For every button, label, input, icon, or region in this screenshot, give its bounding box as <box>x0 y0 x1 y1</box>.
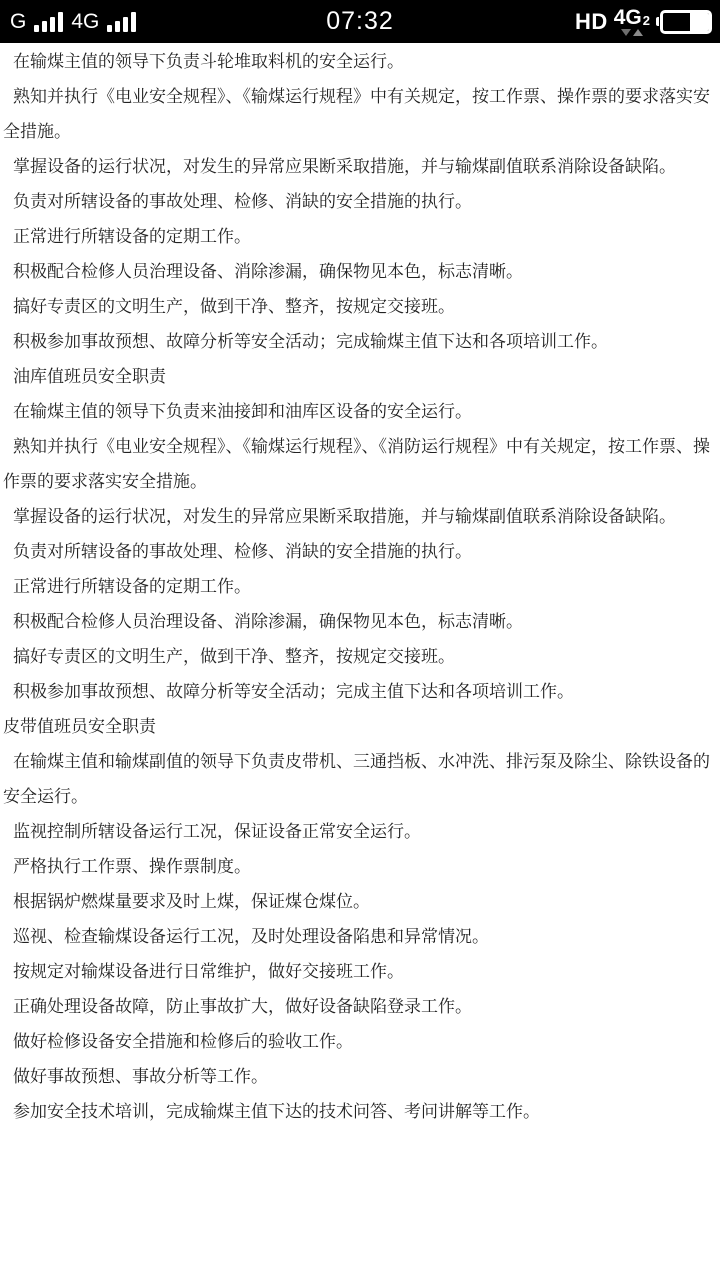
status-left-cluster: G 4G <box>0 10 136 34</box>
paragraph: 负责对所辖设备的事故处理、检修、消缺的安全措施的执行。 <box>3 534 718 569</box>
paragraph: 正确处理设备故障，防止事故扩大，做好设备缺陷登录工作。 <box>3 989 718 1024</box>
paragraph: 巡视、检查输煤设备运行工况，及时处理设备陷患和异常情况。 <box>3 919 718 954</box>
paragraph: 在输煤主值的领导下负责来油接卸和油库区设备的安全运行。 <box>3 394 718 429</box>
paragraph: 积极参加事故预想、故障分析等安全活动；完成输煤主值下达和各项培训工作。 <box>3 324 718 359</box>
upload-arrow-icon <box>633 29 643 36</box>
paragraph: 按规定对输煤设备进行日常维护，做好交接班工作。 <box>3 954 718 989</box>
battery-terminal <box>656 17 659 26</box>
paragraph: 熟知并执行《电业安全规程》、《输煤运行规程》、《消防运行规程》中有关规定，按工作… <box>3 429 718 499</box>
paragraph: 做好检修设备安全措施和检修后的验收工作。 <box>3 1024 718 1059</box>
paragraph: 积极配合检修人员治理设备、消除渗漏，确保物见本色，标志清晰。 <box>3 254 718 289</box>
paragraph: 在输煤主值的领导下负责斗轮堆取料机的安全运行。 <box>3 44 718 79</box>
status-right-cluster: HD 4G2 <box>575 7 720 36</box>
paragraph: 皮带值班员安全职责 <box>3 709 718 744</box>
paragraph: 正常进行所辖设备的定期工作。 <box>3 569 718 604</box>
paragraph: 搞好专责区的文明生产，做到干净、整齐，按规定交接班。 <box>3 289 718 324</box>
network-type-label-2: 4G <box>71 10 99 34</box>
paragraph: 负责对所辖设备的事故处理、检修、消缺的安全措施的执行。 <box>3 184 718 219</box>
network-4g-label: 4G <box>614 7 642 28</box>
paragraph: 参加安全技术培训，完成输煤主值下达的技术问答、考问讲解等工作。 <box>3 1094 718 1129</box>
mobile-data-indicator: 4G2 <box>614 7 650 36</box>
paragraph: 监视控制所辖设备运行工况，保证设备正常安全运行。 <box>3 814 718 849</box>
hd-voice-label: HD <box>575 9 608 35</box>
paragraph: 掌握设备的运行状况，对发生的异常应果断采取措施，并与输煤副值联系消除设备缺陷。 <box>3 149 718 184</box>
sim-slot-number: 2 <box>643 14 650 28</box>
paragraph: 正常进行所辖设备的定期工作。 <box>3 219 718 254</box>
paragraph: 严格执行工作票、操作票制度。 <box>3 849 718 884</box>
paragraph: 积极参加事故预想、故障分析等安全活动；完成主值下达和各项培训工作。 <box>3 674 718 709</box>
paragraph: 在输煤主值和输煤副值的领导下负责皮带机、三通挡板、水冲洗、排污泵及除尘、除铁设备… <box>3 744 718 814</box>
paragraph: 熟知并执行《电业安全规程》、《输煤运行规程》中有关规定，按工作票、操作票的要求落… <box>3 79 718 149</box>
paragraph: 油库值班员安全职责 <box>3 359 718 394</box>
paragraph: 积极配合检修人员治理设备、消除渗漏，确保物见本色，标志清晰。 <box>3 604 718 639</box>
battery-fill <box>690 13 709 31</box>
signal-bars-icon <box>107 12 136 32</box>
network-type-label-1: G <box>10 10 26 34</box>
paragraph: 掌握设备的运行状况，对发生的异常应果断采取措施，并与输煤副值联系消除设备缺陷。 <box>3 499 718 534</box>
download-arrow-icon <box>621 29 631 36</box>
status-bar: G 4G 07:32 HD 4G2 <box>0 0 720 43</box>
document-body: 在输煤主值的领导下负责斗轮堆取料机的安全运行。熟知并执行《电业安全规程》、《输煤… <box>0 43 720 1129</box>
paragraph: 根据锅炉燃煤量要求及时上煤，保证煤仓煤位。 <box>3 884 718 919</box>
battery-body <box>660 10 712 34</box>
signal-bars-icon <box>34 12 63 32</box>
paragraph: 搞好专责区的文明生产，做到干净、整齐，按规定交接班。 <box>3 639 718 674</box>
paragraph: 做好事故预想、事故分析等工作。 <box>3 1059 718 1094</box>
battery-icon <box>656 10 712 34</box>
